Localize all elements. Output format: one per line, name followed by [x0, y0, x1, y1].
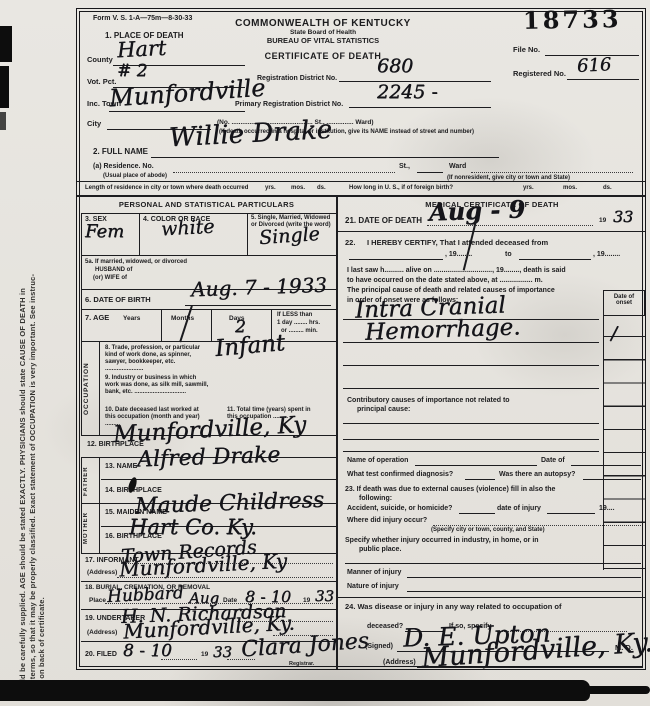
specify-line-2: public place.: [359, 546, 401, 553]
board-title: State Board of Health: [211, 29, 435, 36]
father-name-value: Alfred Drake: [137, 445, 281, 472]
occupation-side-label: OCCUPATION: [83, 345, 90, 433]
where-label: Where did injury occur?: [347, 517, 427, 524]
mother-name-value: Maude Childress: [135, 490, 325, 519]
vot-pct-value: # 2: [117, 63, 147, 80]
operation-date-line: [571, 465, 641, 466]
nature-line: [407, 591, 641, 592]
age-divider-1: [161, 309, 162, 341]
certify-from-line: [349, 259, 443, 260]
scan-bottom-bar: [0, 680, 590, 701]
length-ds: ds.: [317, 185, 326, 191]
last-saw-line-2: to have occurred on the date stated abov…: [347, 277, 543, 284]
sex-value: Fem: [85, 223, 124, 241]
margin-line-1: should be carefully supplied. AGE should…: [18, 10, 28, 700]
primary-district-value: 2245 -: [377, 83, 438, 102]
length-label: Length of residence in city or town wher…: [85, 185, 248, 191]
cause-value-line-2: Hemorrhage.: [365, 316, 521, 344]
primary-district-label: Primary Registration District No.: [235, 101, 343, 108]
certify-to: to: [505, 251, 512, 258]
left-box-border: [81, 213, 82, 341]
onset-label-2: onset: [604, 300, 644, 306]
abode-note: (Usual place of abode): [103, 173, 167, 179]
scan-artifact: [0, 112, 6, 130]
dod-row-bottom: [338, 231, 645, 232]
specify-line-1: Specify whether injury occurred in indus…: [345, 537, 539, 544]
filed-year-value: 33: [213, 645, 232, 660]
death-certificate-scan: should be carefully supplied. AGE should…: [0, 0, 650, 706]
external-line-2: following:: [359, 495, 392, 502]
operation-line: [415, 465, 537, 466]
related-line-2: deceased?: [367, 623, 403, 630]
onset-rule-lines: [604, 314, 645, 570]
certify-number: 22.: [345, 238, 355, 247]
injury-year-prefix: 19....: [599, 505, 615, 512]
occupation-top: [81, 341, 336, 342]
age-row-top: [81, 309, 336, 310]
county-label: County: [87, 55, 113, 64]
injury-date-label: date of injury: [497, 505, 541, 512]
father-side-label: FATHER: [83, 459, 89, 503]
onset-box: Date of onset: [603, 290, 645, 316]
industry-label: 9. Industry or business in which work wa…: [105, 375, 209, 396]
commonwealth-title: COMMONWEALTH OF KENTUCKY: [211, 18, 435, 29]
informant-addr-label: (Address): [87, 569, 117, 576]
sex-row-top: [81, 213, 336, 214]
mother-side-label: MOTHER: [83, 505, 89, 551]
mother-bp-value: Hart Co. Ky.: [129, 517, 257, 538]
contributory-rule-2: [343, 439, 599, 440]
certify-line-1: I HEREBY CERTIFY, That I attended deceas…: [367, 238, 548, 247]
reg-district-value: 680: [377, 57, 413, 76]
full-name-value: Willie Drake: [168, 117, 332, 152]
how-long-mos: mos.: [563, 185, 577, 191]
related-row-top: [338, 597, 645, 598]
margin-instructions: should be carefully supplied. AGE should…: [18, 10, 47, 700]
physician-addr-line: [417, 667, 643, 668]
dod-year-value: 33: [613, 209, 633, 225]
ink-stroke: [179, 306, 193, 343]
full-name-label: 2. FULL NAME: [93, 147, 148, 156]
residence-st-label: St.,: [399, 163, 410, 170]
occupation-label-divider: [99, 341, 100, 435]
registered-no-line: [567, 79, 639, 80]
residence-ward-label: Ward: [449, 163, 466, 170]
cause-line-4: [343, 388, 599, 389]
operation-label: Name of operation: [347, 457, 408, 464]
age-less-2: 1 day ........ hrs.: [277, 320, 320, 326]
related-line-1: 24. Was disease or injury in any way rel…: [345, 602, 561, 611]
length-mos: mos.: [291, 185, 305, 191]
burial-year-value: 33: [315, 589, 334, 604]
dod-line: [427, 225, 593, 226]
how-long-ds: ds.: [603, 185, 612, 191]
undertaker-addr-label: (Address): [87, 629, 117, 636]
form-number: Form V. S. 1-A—75m—8-30-33: [93, 15, 192, 22]
principal-line-1: The principal cause of death and related…: [347, 287, 555, 294]
onset-tick-value: /: [611, 325, 617, 343]
age-less-3: or ......... min.: [281, 328, 318, 334]
burial-row-top: [81, 581, 336, 582]
autopsy-line: [583, 479, 641, 480]
color-cell-divider: [247, 213, 248, 255]
informant-addr-line: [117, 577, 333, 578]
certify-19b: , 19........: [593, 251, 620, 258]
residence-ward-line: [471, 172, 633, 173]
section-rule: [343, 451, 599, 452]
spouse-line-1: 5a. If married, widowed, or divorced: [85, 259, 187, 265]
parents-label-divider: [99, 457, 100, 553]
age-divider-2: [211, 309, 212, 341]
how-long-yrs: yrs.: [523, 185, 534, 191]
age-less-1: If LESS than: [277, 312, 312, 318]
filed-line-1: [161, 659, 197, 660]
spouse-line-3: (or) WIFE of: [93, 275, 127, 281]
specify-rule: [345, 563, 641, 564]
test-line: [465, 479, 495, 480]
residence-label: (a) Residence. No.: [93, 163, 154, 170]
residence-divider: [77, 181, 645, 182]
personal-title: PERSONAL AND STATISTICAL PARTICULARS: [77, 200, 336, 209]
contributory-line-2: principal cause:: [357, 406, 410, 413]
reg-district-label: Registration District No.: [257, 75, 337, 82]
registered-no-label: Registered No.: [513, 69, 566, 78]
manner-label: Manner of injury: [347, 569, 401, 576]
city-label: City: [87, 119, 101, 128]
certify-19a: , 19........: [445, 251, 472, 258]
dob-line: [185, 305, 331, 306]
margin-line-3: tions on back of certificate.: [37, 10, 47, 700]
spouse-row-top: [81, 255, 336, 256]
registrar-label: Registrar.: [289, 661, 314, 667]
contributory-line-1: Contributory causes of importance not re…: [347, 397, 510, 404]
external-line-1: 23. If death was due to external causes …: [345, 486, 555, 493]
injury-date-line: [547, 513, 595, 514]
age-months-label: Months: [171, 315, 194, 322]
color-race-value: white: [161, 218, 215, 240]
where-line: [433, 525, 641, 526]
dob-label: 6. DATE OF BIRTH: [85, 295, 151, 304]
sex-cell-divider: [139, 213, 140, 255]
last-saw-line-1: I last saw h.......... alive on ........…: [347, 267, 566, 274]
stamp-number: 18733: [523, 4, 622, 35]
dod-year-prefix: 19: [599, 217, 606, 224]
cause-line-3: [343, 365, 599, 366]
cause-line-2: [343, 342, 599, 343]
registered-no-value: 616: [577, 56, 612, 76]
parents-left-border: [81, 457, 82, 553]
physician-addr-label: (Address): [383, 659, 416, 666]
file-no-label: File No.: [513, 45, 540, 54]
nature-label: Nature of injury: [347, 583, 399, 590]
length-yrs: yrs.: [265, 185, 276, 191]
age-label: 7. AGE: [85, 313, 109, 322]
scan-bottom-bar-tail: [584, 686, 650, 694]
autopsy-label: Was there an autopsy?: [499, 471, 575, 478]
accident-line: [459, 513, 495, 514]
full-name-line: [151, 157, 499, 158]
filed-label: 20. FILED: [85, 651, 117, 658]
certificate-form: Form V. S. 1-A—75m—8-30-33 18733 COMMONW…: [76, 8, 646, 670]
filed-date-value: 8 - 10: [123, 643, 172, 660]
dob-value: Aug. 7 - 1933: [191, 275, 328, 300]
trade-value: Infant: [214, 332, 286, 361]
scan-artifact: [0, 26, 12, 62]
occupation-left-border: [81, 341, 82, 435]
margin-line-2: plain terms, so that it may be properly …: [28, 10, 38, 700]
registrar-signature: Clara Jones: [240, 631, 369, 662]
manner-line: [407, 577, 641, 578]
dod-label: 21. DATE OF DEATH: [345, 216, 422, 225]
father-name-label: 13. NAME: [105, 463, 137, 470]
where-note: (Specify city or town, county, and State…: [431, 527, 545, 533]
signed-label: (Signed): [365, 643, 393, 650]
how-long-label: How long in U. S., if of foreign birth?: [349, 185, 453, 191]
trade-label: 8. Trade, profession, or particular kind…: [105, 345, 209, 373]
filed-year-prefix: 19: [201, 651, 208, 658]
inc-town-line: [109, 111, 245, 112]
certify-to-line: [519, 259, 591, 260]
residence-st-line: [417, 172, 443, 173]
spouse-line-2: HUSBAND of: [95, 267, 132, 273]
accident-label: Accident, suicide, or homicide?: [347, 505, 452, 512]
burial-place-label: Place: [89, 597, 106, 604]
columns-top-border: [77, 195, 645, 197]
operation-date-label: Date of: [541, 457, 565, 464]
test-label: What test confirmed diagnosis?: [347, 471, 453, 478]
scan-artifact: [0, 66, 9, 108]
primary-district-line: [349, 107, 491, 108]
residence-no-line: [173, 172, 395, 173]
county-value: Hart: [116, 38, 166, 62]
bureau-title: BUREAU OF VITAL STATISTICS: [211, 36, 435, 45]
marital-value: Single: [258, 225, 320, 248]
contributory-rule-1: [343, 423, 599, 424]
age-years-label: Years: [123, 315, 140, 322]
